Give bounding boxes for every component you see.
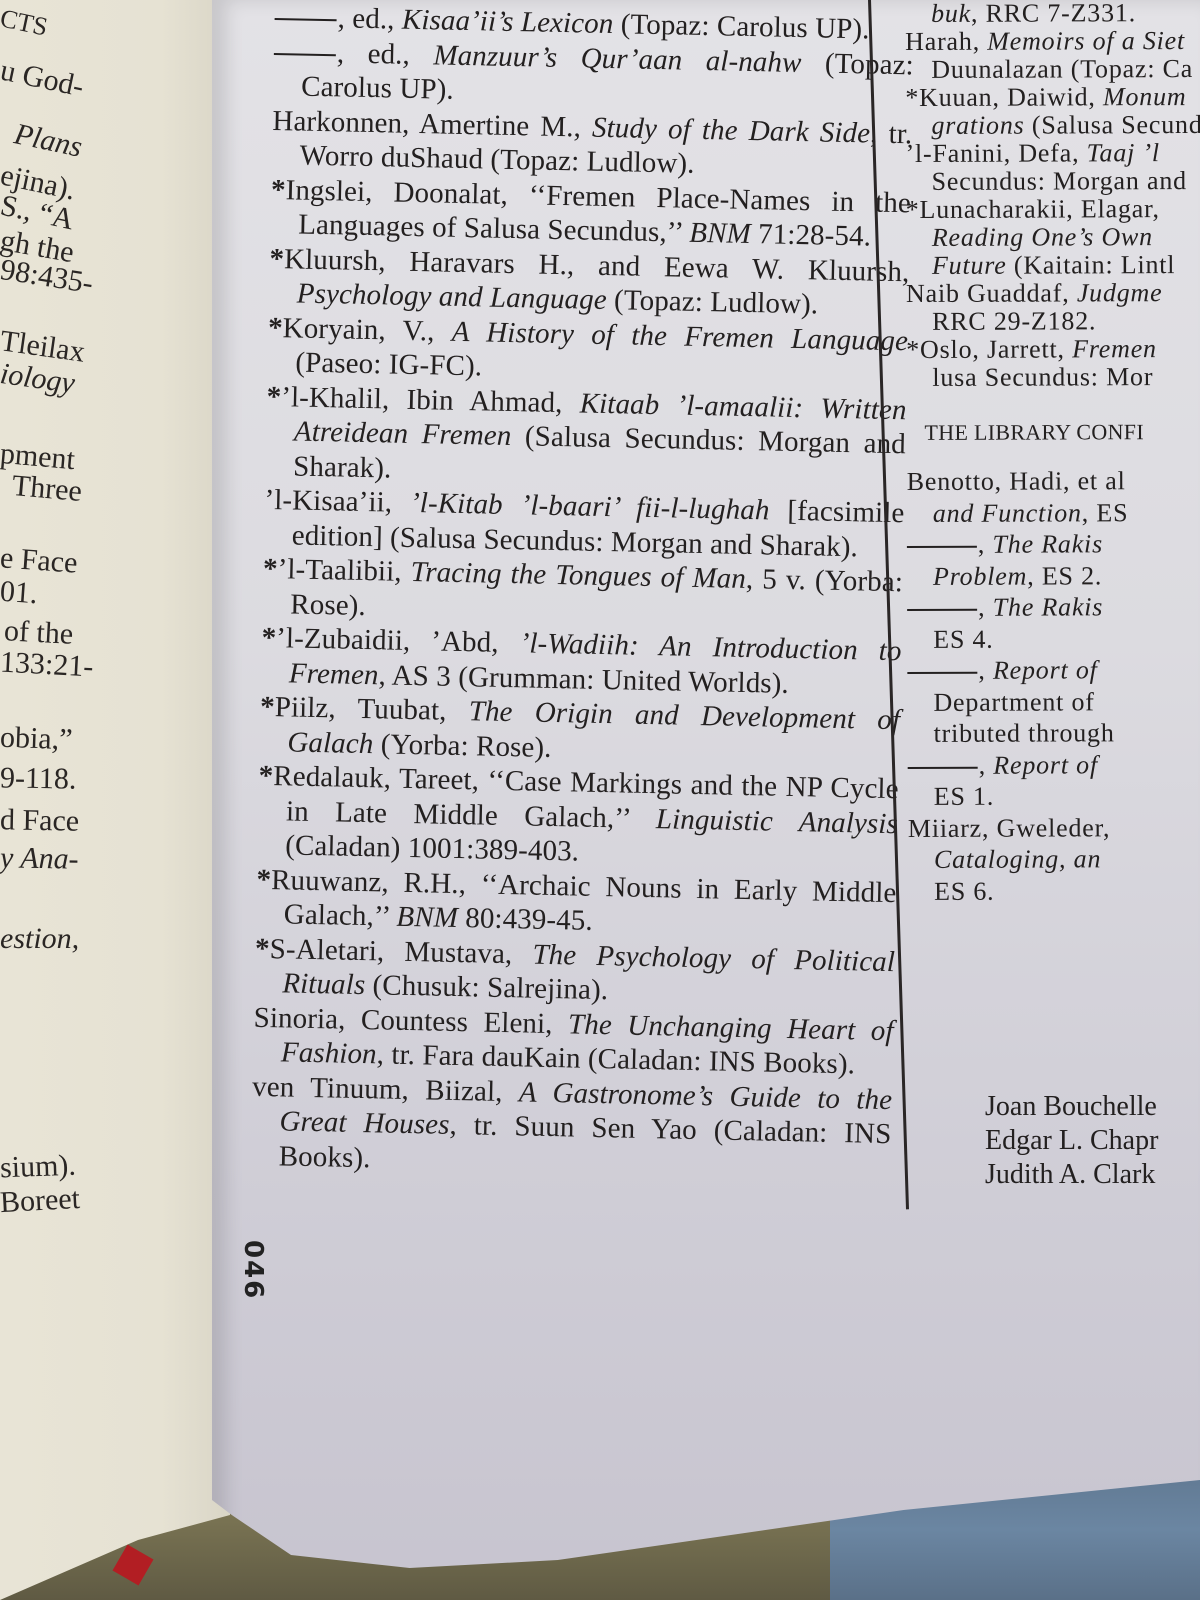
bibliography-entry: *Redalauk, Tareet, ‘‘Case Markings and t… bbox=[257, 759, 899, 876]
asterisk-marker: * bbox=[261, 622, 276, 654]
entry-text: , bbox=[978, 530, 993, 559]
left-fragment: obia,” bbox=[0, 721, 73, 758]
side-entry-line: ES 1. bbox=[908, 780, 1200, 813]
entry-title: and Function bbox=[933, 498, 1082, 528]
left-fragment: 133:21- bbox=[0, 646, 94, 685]
entry-title: BNM bbox=[396, 901, 458, 934]
entry-title: Cataloging, an bbox=[934, 844, 1101, 874]
entry-title: Problem bbox=[933, 561, 1027, 590]
ditto-rule bbox=[908, 766, 978, 768]
bibliography-entry: Harkonnen, Amertine M., Study of the Dar… bbox=[271, 103, 912, 185]
entry-text: Harah, bbox=[905, 27, 987, 56]
entry-text: , ES bbox=[1082, 498, 1129, 527]
side-entry-line: RRC 29-Z182. bbox=[906, 307, 1200, 336]
staff-name: Joan Bouchelle bbox=[985, 1090, 1158, 1124]
asterisk-marker: * bbox=[263, 553, 278, 585]
entry-title: The Rakis bbox=[992, 529, 1103, 558]
entry-text: *Oslo, Jarrett, bbox=[906, 334, 1072, 364]
entry-publication: (Topaz: Ludlow). bbox=[606, 284, 818, 320]
left-fragment: CTS bbox=[0, 3, 50, 42]
left-fragment: u God- bbox=[0, 54, 87, 105]
entry-title: Reading One’s Own bbox=[932, 222, 1153, 252]
ditto-rule bbox=[907, 609, 977, 611]
left-fragment: Boreet bbox=[0, 1182, 81, 1220]
entry-title: Taaj ’l bbox=[1087, 138, 1160, 167]
side-entry-line: , Report of bbox=[908, 748, 1200, 781]
left-fragment: 01. bbox=[0, 575, 39, 612]
side-entry-line: tributed through bbox=[908, 717, 1200, 750]
staff-name: Edgar L. Chapr bbox=[985, 1124, 1158, 1158]
entry-title: The Rakis bbox=[993, 592, 1104, 621]
asterisk-marker: * bbox=[256, 863, 271, 895]
side-entry-line: Cataloging, an bbox=[908, 843, 1200, 876]
entry-author: ’l-Taalibii, bbox=[277, 553, 411, 588]
entry-publication: (Chusuk: Salrejina). bbox=[365, 969, 609, 1006]
ditto-rule bbox=[907, 672, 977, 674]
entry-text: , RRC 7-Z331. bbox=[971, 0, 1136, 28]
entry-title: grations bbox=[931, 111, 1024, 140]
entry-title: Tracing the Tongues of Man bbox=[410, 556, 746, 595]
side-entry-line: Naib Guaddaf, Judgme bbox=[906, 279, 1200, 308]
entry-text: Naib Guaddaf, bbox=[906, 278, 1077, 308]
entry-title: Memoirs of a Siet bbox=[987, 26, 1185, 56]
entry-text: lusa Secundus: Mor bbox=[932, 362, 1153, 392]
entry-author: , ed., bbox=[337, 37, 434, 71]
entry-text: Secundus: Morgan and bbox=[932, 166, 1187, 196]
staff-name: Judith A. Clark bbox=[985, 1158, 1158, 1192]
entry-text: ES 1. bbox=[934, 782, 994, 811]
entry-title: Psychology and Language bbox=[297, 278, 608, 316]
left-fragment: Plans bbox=[11, 117, 85, 164]
entry-text: RRC 29-Z182. bbox=[932, 306, 1096, 336]
entry-author: Piilz, Tuubat, bbox=[274, 691, 469, 727]
bibliography-main-column: , ed., Kisaa’ii’s Lexicon (Topaz: Carolu… bbox=[250, 0, 914, 1186]
bibliography-entry: ven Tinuum, Biizal, A Gastronome’s Guide… bbox=[250, 1069, 892, 1186]
entry-text: , ES 2. bbox=[1027, 561, 1102, 590]
entry-publication: 80:439-45. bbox=[458, 902, 593, 937]
bibliography-entry: *Koryain, V., A History of the Fremen La… bbox=[267, 310, 908, 392]
side-entry-line: Reading One’s Own bbox=[906, 223, 1200, 252]
side-entry-line: *Kuuan, Daiwid, Monum bbox=[905, 83, 1200, 112]
entry-title: Monum bbox=[1103, 82, 1187, 111]
side-entry-line: Department of bbox=[907, 685, 1200, 718]
entry-text: ES 6. bbox=[934, 876, 994, 905]
entry-text: Benotto, Hadi, et al bbox=[907, 466, 1126, 496]
entry-text: (Salusa Secund bbox=[1024, 110, 1200, 140]
side-entry-line: ’l-Fanini, Defa, Taaj ’l bbox=[905, 139, 1200, 168]
entry-publication: (Caladan) 1001:389-403. bbox=[285, 829, 579, 867]
entry-text: , bbox=[979, 750, 994, 779]
bibliography-entry: *’l-Khalil, Ibin Ahmad, Kitaab ’l-amaali… bbox=[265, 379, 907, 496]
ditto-rule bbox=[907, 546, 977, 548]
entry-title: Manzuur’s Qur’aan al-nahw bbox=[433, 39, 802, 79]
entry-text: , bbox=[978, 593, 993, 622]
side-entry-line: buk, RRC 7-Z331. bbox=[905, 0, 1200, 28]
entry-author: S-Aletari, Mustava, bbox=[269, 933, 532, 970]
entry-publication: (Yorba: Rose). bbox=[373, 728, 552, 764]
left-fragment: d Face bbox=[0, 803, 79, 838]
side-entry-line: lusa Secundus: Mor bbox=[906, 363, 1200, 392]
side-entry-line: *Oslo, Jarrett, Fremen bbox=[906, 335, 1200, 364]
side-entry-line: Problem, ES 2. bbox=[907, 559, 1200, 592]
entry-title: Judgme bbox=[1077, 278, 1163, 307]
entry-publication: 71:28-54. bbox=[750, 218, 871, 253]
side-entry-line: Harah, Memoirs of a Siet bbox=[905, 27, 1200, 56]
bibliography-entry: *Ingslei, Doonalat, ‘‘Fremen Place-Names… bbox=[270, 172, 911, 254]
entry-author: ’l-Khalil, Ibin Ahmad, bbox=[281, 381, 580, 419]
entry-text: Department of bbox=[933, 687, 1094, 717]
left-fragment: 9-118. bbox=[0, 761, 77, 796]
bibliography-entry: *Ruuwanz, R.H., ‘‘Archaic Nouns in Early… bbox=[255, 862, 896, 944]
entry-author: ven Tinuum, Biizal, bbox=[252, 1070, 519, 1108]
entry-text: , bbox=[978, 656, 993, 685]
asterisk-marker: * bbox=[269, 242, 284, 274]
side-column-entries-bottom: Benotto, Hadi, et aland Function, ES, Th… bbox=[907, 465, 1200, 907]
side-entry-line: ES 6. bbox=[908, 874, 1200, 907]
entry-author: ’l-Kisaa’ii, bbox=[264, 484, 410, 519]
side-entry-line: and Function, ES bbox=[907, 496, 1200, 529]
side-entry-line: , The Rakis bbox=[907, 528, 1200, 561]
side-entry-line: Secundus: Morgan and bbox=[906, 167, 1200, 196]
left-page-text-fragments: CTS u God- Plans ejina). S., “A gh the 9… bbox=[0, 0, 230, 1300]
side-entry-line: Duunalazan (Topaz: Ca bbox=[905, 55, 1200, 84]
left-fragment: 98:435- bbox=[0, 253, 95, 301]
entry-text: *Lunacharakii, Elagar, bbox=[906, 194, 1160, 224]
section-heading-library: THE LIBRARY CONFI bbox=[924, 419, 1200, 446]
entry-author: Harkonnen, Amertine M., bbox=[272, 104, 592, 143]
bibliography-entry: , ed., Manzuur’s Qur’aan al-nahw (Topaz:… bbox=[273, 34, 914, 116]
entry-title: Fremen bbox=[1072, 334, 1157, 363]
bibliography-entry: *S-Aletari, Mustava, The Psychology of P… bbox=[254, 931, 895, 1013]
left-fragment: estion, bbox=[0, 922, 79, 956]
entry-title: Study of the Dark Side bbox=[592, 111, 871, 149]
entry-title: buk bbox=[931, 0, 971, 28]
side-entry-line: , Report of bbox=[907, 654, 1200, 687]
entry-text: Duunalazan (Topaz: Ca bbox=[931, 54, 1193, 84]
asterisk-marker: * bbox=[255, 932, 270, 964]
entry-title: Report of bbox=[993, 655, 1098, 684]
entry-text: Miiarz, Gweleder, bbox=[908, 813, 1111, 843]
side-entry-line: Future (Kaitain: Lintl bbox=[906, 251, 1200, 280]
entry-text: tributed through bbox=[934, 718, 1115, 748]
side-entry-line: *Lunacharakii, Elagar, bbox=[906, 195, 1200, 224]
entry-title: Linguistic Analysis bbox=[656, 803, 899, 840]
entry-title: Kisaa’ii’s Lexicon bbox=[402, 4, 614, 40]
side-entry-line: ES 4. bbox=[907, 622, 1200, 655]
asterisk-marker: * bbox=[268, 311, 283, 343]
entry-title: Future bbox=[932, 251, 1007, 280]
entry-author: Koryain, V., bbox=[282, 312, 452, 348]
left-fragment: sium). bbox=[0, 1149, 76, 1186]
ditto-rule bbox=[275, 18, 337, 21]
asterisk-marker: * bbox=[266, 380, 281, 412]
asterisk-marker: * bbox=[271, 173, 286, 205]
entry-publication: (Topaz: Carolus UP). bbox=[613, 8, 870, 45]
side-entry-line: , The Rakis bbox=[907, 591, 1200, 624]
entry-text: (Kaitain: Lintl bbox=[1006, 250, 1175, 280]
entry-author: ’l-Zubaidii, ’Abd, bbox=[276, 622, 520, 659]
left-fragment: Three bbox=[11, 469, 84, 509]
bibliography-entry: *Kluursh, Haravars H., and Eewa W. Kluur… bbox=[268, 241, 909, 323]
side-entry-line: Benotto, Hadi, et al bbox=[907, 465, 1200, 498]
side-entry-line: grations (Salusa Secund bbox=[905, 111, 1200, 140]
asterisk-marker: * bbox=[260, 691, 275, 723]
left-fragment: y Ana- bbox=[0, 841, 79, 876]
asterisk-marker: * bbox=[258, 760, 273, 792]
entry-publication: (Paseo: IG-FC). bbox=[295, 347, 482, 383]
entry-author: Sinoria, Countess Eleni, bbox=[253, 1001, 568, 1040]
entry-text: ’l-Fanini, Defa, bbox=[905, 138, 1086, 168]
entry-title: Report of bbox=[993, 750, 1098, 779]
ditto-rule bbox=[274, 53, 336, 56]
entry-title: A History of the Fremen Language bbox=[451, 315, 908, 357]
side-column-entries-top: buk, RRC 7-Z331.Harah, Memoirs of a Siet… bbox=[905, 0, 1200, 392]
side-entry-line: Miiarz, Gweleder, bbox=[908, 811, 1200, 844]
entry-text: ES 4. bbox=[933, 624, 993, 653]
page-number: 046 bbox=[238, 1240, 268, 1300]
entry-title: BNM bbox=[689, 217, 751, 250]
entry-text: *Kuuan, Daiwid, bbox=[905, 82, 1103, 112]
bibliography-entry: Sinoria, Countess Eleni, The Unchanging … bbox=[253, 1000, 894, 1082]
entry-title: ’l-Kitab ’l-baari’ fii-l-lughah bbox=[410, 487, 770, 527]
entry-author: , ed., bbox=[337, 2, 402, 35]
bibliography-side-column: buk, RRC 7-Z331.Harah, Memoirs of a Siet… bbox=[905, 0, 1200, 907]
staff-list: Joan Bouchelle Edgar L. Chapr Judith A. … bbox=[985, 1090, 1158, 1192]
